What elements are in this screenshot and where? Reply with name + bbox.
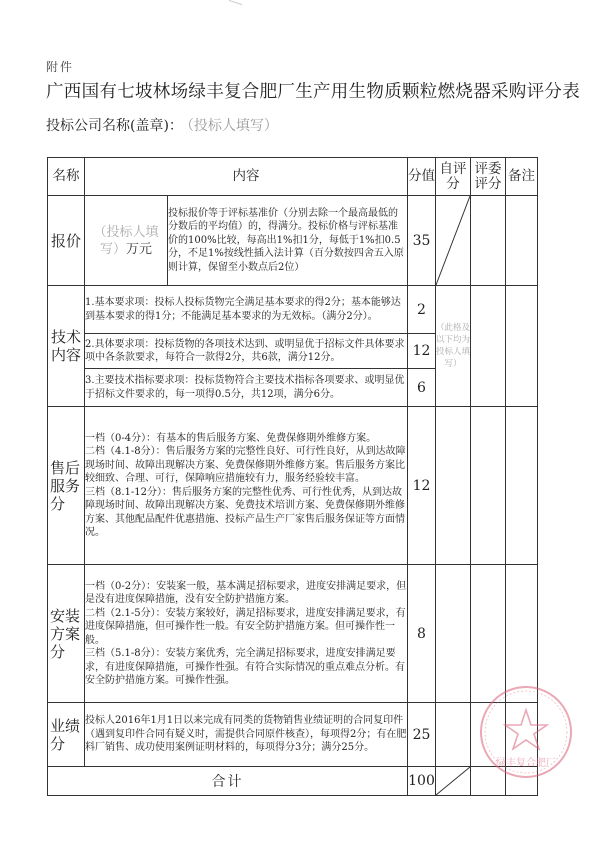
technical-remarks-cell[interactable] — [506, 286, 538, 407]
price-description: 投标报价等于评标基准价（分别去除一个最高最低的分数后的平均值）的，得满分。投标价… — [168, 196, 408, 286]
row-after-sales: 售后服务分 一档（0-4分）：有基本的售后服务方案、免费保修期外维修方案。 二档… — [48, 407, 538, 565]
total-points: 100 — [408, 767, 436, 796]
installation-points: 8 — [408, 565, 436, 703]
installation-tier-3: 三档（5.1-8分）：安装方案优秀，完全满足招标要求，进度安排满足要求，有进度保… — [85, 647, 407, 688]
performance-remarks-cell[interactable] — [506, 703, 538, 767]
technical-item-1-description: 1.基本要求项：投标人投标货物完全满足基本要求的得2分；基本能够达到基本要求的得… — [85, 286, 408, 334]
price-self-score-crossed — [436, 196, 471, 286]
performance-judge-score-cell[interactable] — [471, 703, 506, 767]
row-total: 合计 100 — [48, 767, 538, 796]
installation-self-score-cell[interactable] — [436, 565, 471, 703]
total-self-score-crossed — [436, 767, 471, 796]
company-label: 投标公司名称(盖章)： — [46, 118, 183, 134]
after-sales-points: 12 — [408, 407, 436, 565]
installation-remarks-cell[interactable] — [506, 565, 538, 703]
self-score-note[interactable]: （此格及以下均为投标人填写） — [436, 286, 471, 407]
after-sales-remarks-cell[interactable] — [506, 407, 538, 565]
price-unit: 万元 — [126, 242, 152, 257]
diagonal-strike-icon — [436, 196, 470, 285]
category-after-sales: 售后服务分 — [48, 407, 85, 565]
installation-judge-score-cell[interactable] — [471, 565, 506, 703]
price-remarks-cell[interactable] — [506, 196, 538, 286]
company-line: 投标公司名称(盖章)：（投标人填写） — [46, 115, 278, 135]
technical-item-2-points: 12 — [408, 334, 436, 369]
total-label: 合计 — [48, 767, 408, 796]
row-technical-1: 技术内容 1.基本要求项：投标人投标货物完全满足基本要求的得2分；基本能够达到基… — [48, 286, 538, 334]
performance-description: 投标人2016年1月1日以来完成有同类的货物销售业绩证明的合同复印件（遇到复印件… — [85, 703, 408, 767]
header-points: 分值 — [408, 158, 436, 196]
after-sales-description: 一档（0-4分）：有基本的售后服务方案、免费保修期外维修方案。 二档（4.1-8… — [85, 407, 408, 565]
diagonal-strike-icon — [436, 767, 470, 795]
attachment-label: 附件 — [46, 58, 74, 75]
header-self-score: 自评分 — [436, 158, 471, 196]
document-title: 广西国有七坡林场绿丰复合肥厂生产用生物质颗粒燃烧器采购评分表 — [46, 78, 580, 103]
performance-self-score-cell[interactable] — [436, 703, 471, 767]
total-remarks-cell[interactable] — [506, 767, 538, 796]
category-performance: 业绩分 — [48, 703, 85, 767]
technical-item-3-description: 3.主要技术指标要求项：投标货物符合主要技术指标各项要求、或明显优于招标文件要求… — [85, 369, 408, 407]
category-technical: 技术内容 — [48, 286, 85, 407]
header-row: 名称 内容 分值 自评分 评委评分 备注 — [48, 158, 538, 196]
header-content: 内容 — [85, 158, 408, 196]
row-installation: 安装方案分 一档（0-2分）：安装案一般，基本满足招标要求，进度安排满足要求，但… — [48, 565, 538, 703]
category-price: 报价 — [48, 196, 85, 286]
technical-item-1-points: 2 — [408, 286, 436, 334]
header-name: 名称 — [48, 158, 85, 196]
header-remarks: 备注 — [506, 158, 538, 196]
row-performance: 业绩分 投标人2016年1月1日以来完成有同类的货物销售业绩证明的合同复印件（遇… — [48, 703, 538, 767]
after-sales-self-score-cell[interactable] — [436, 407, 471, 565]
after-sales-judge-score-cell[interactable] — [471, 407, 506, 565]
category-installation: 安装方案分 — [48, 565, 85, 703]
installation-tier-2: 二档（2.1-5分）：安装方案较好，满足招标要求，进度安排满足要求，有进度保障措… — [85, 607, 407, 648]
price-points: 35 — [408, 196, 436, 286]
header-judge-score: 评委评分 — [471, 158, 506, 196]
technical-item-3-points: 6 — [408, 369, 436, 407]
installation-description: 一档（0-2分）：安装案一般，基本满足招标要求，进度安排满足要求，但是没有进度保… — [85, 565, 408, 703]
total-judge-score-cell[interactable] — [471, 767, 506, 796]
after-sales-tier-2: 二档（4.1-8分）：售后服务方案的完整性良好、可行性良好，从到达故障现场时间、… — [85, 445, 407, 486]
after-sales-tier-3: 三档（8.1-12分）：售后服务方案的完整性优秀、可行性优秀，从到达故障现场时间… — [85, 486, 407, 540]
technical-judge-score-cell[interactable] — [471, 286, 506, 407]
installation-tier-1: 一档（0-2分）：安装案一般，基本满足招标要求，进度安排满足要求，但是没有进度保… — [85, 580, 407, 607]
technical-item-2-description: 2.具体要求项：投标货物的各项技术达到、或明显优于招标文件具体要求项中各条款要求… — [85, 334, 408, 369]
price-input-field[interactable]: （投标人填写）万元 — [85, 196, 168, 286]
company-value-field[interactable]: （投标人填写） — [187, 118, 278, 134]
price-judge-score-cell[interactable] — [471, 196, 506, 286]
scoring-table: 名称 内容 分值 自评分 评委评分 备注 报价 （投标人填写）万元 投标报价等于… — [47, 157, 538, 796]
after-sales-tier-1: 一档（0-4分）：有基本的售后服务方案、免费保修期外维修方案。 — [85, 432, 407, 446]
performance-points: 25 — [408, 703, 436, 767]
row-price: 报价 （投标人填写）万元 投标报价等于评标基准价（分别去除一个最高最低的分数后的… — [48, 196, 538, 286]
scan-artifact — [228, 0, 243, 9]
